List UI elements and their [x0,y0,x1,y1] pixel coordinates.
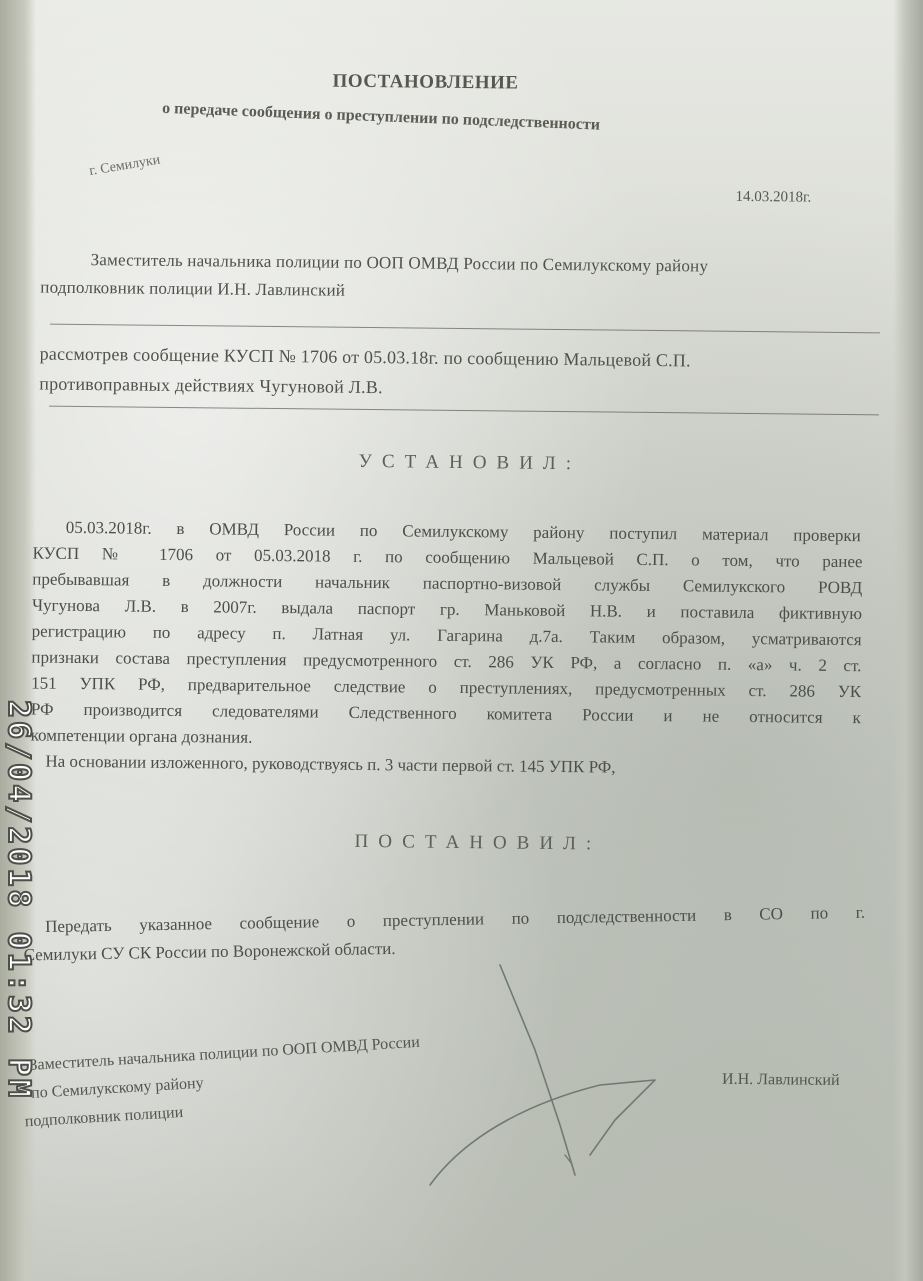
paragraph-line: компетенции органа дознания. [31,725,861,754]
paragraph-line: 05.03.2018г. в ОМВД России по Семилукско… [66,518,861,546]
document-subtitle: о передаче сообщения о преступлении по п… [162,100,600,135]
paragraph-line: признаки состава преступления предусмотр… [31,647,861,676]
paragraph-line: регистрацию по адресу п. Латная ул. Гага… [32,621,862,650]
handwritten-signature [400,940,720,1210]
paragraph-line: Чугунова Л.В. в 2007г. выдала паспорт гр… [32,595,862,624]
decided-heading: ПОСТАНОВИЛ: [354,831,601,856]
review-line-2: противоправных действиях Чугуновой Л.В. [39,374,383,399]
grounds-line: На основании изложенного, руководствуясь… [45,752,875,781]
document-date: 14.03.2018г. [736,189,812,207]
signatory-name: И.Н. Лавлинский [722,1071,840,1090]
review-line-1: рассмотрев сообщение КУСП № 1706 от 05.0… [40,344,691,372]
established-heading: УСТАНОВИЛ: [358,451,581,475]
author-line-2: подполковник полиции И.Н. Лавлинский [40,278,345,301]
paragraph-line: 151 УПК РФ, предварительное следствие о … [31,673,861,702]
document-city: г. Семилуки [88,152,161,179]
paragraph-line: пребывавшая в должности начальник паспор… [32,569,862,598]
divider [50,324,880,334]
document-title: ПОСТАНОВЛЕНИЕ [332,71,518,95]
signatory-title-3: подполковник полиции [24,1104,183,1131]
paragraph-line: РФ производится следователями Следственн… [31,699,861,728]
divider [49,406,879,416]
author-line-1: Заместитель начальника полиции по ООП ОМ… [91,250,709,276]
signatory-title-2: по Семилукскому району [31,1075,204,1103]
paragraph-line: КУСП № 1706 от 05.03.2018 г. по сообщени… [32,543,862,572]
signatory-title-1: Заместитель начальника полиции по ООП ОМ… [29,1034,420,1075]
photo-timestamp: 26/04/2018 01:32 PM [1,700,36,1100]
